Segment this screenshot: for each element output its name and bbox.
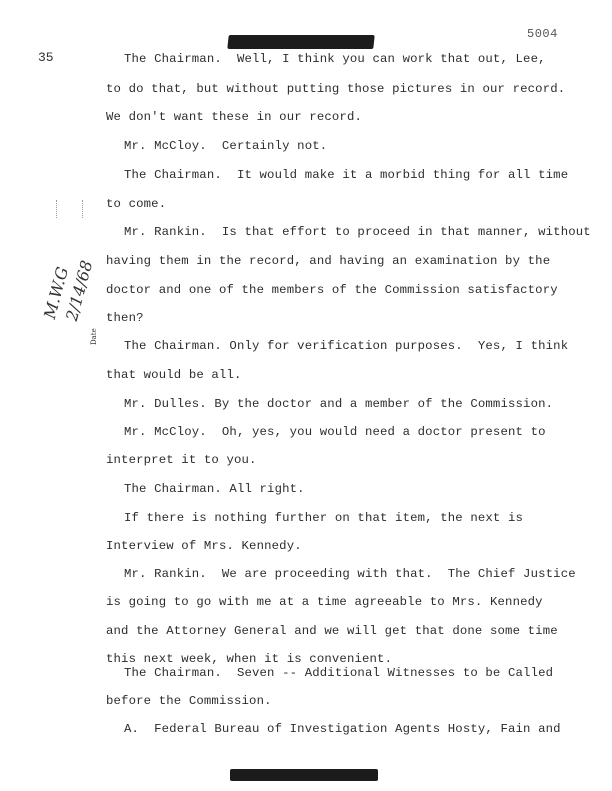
- text-line: having them in the record, and having an…: [106, 254, 550, 268]
- text-line: interpret it to you.: [106, 453, 257, 467]
- margin-dots: [82, 200, 83, 218]
- margin-line-number: 35: [38, 50, 54, 65]
- text-line: Mr. Rankin. Is that effort to proceed in…: [124, 225, 591, 239]
- text-line: this next week, when it is convenient.: [106, 652, 392, 666]
- text-line: We don't want these in our record.: [106, 110, 362, 124]
- text-line: is going to go with me at a time agreeab…: [106, 595, 543, 609]
- text-line: If there is nothing further on that item…: [124, 511, 523, 525]
- text-line: The Chairman. It would make it a morbid …: [124, 168, 568, 182]
- text-line: The Chairman. Only for verification purp…: [124, 339, 568, 353]
- text-line: then?: [106, 311, 144, 325]
- text-line: Mr. Dulles. By the doctor and a member o…: [124, 397, 553, 411]
- text-line: A. Federal Bureau of Investigation Agent…: [124, 722, 561, 736]
- text-line: doctor and one of the members of the Com…: [106, 283, 558, 297]
- top-redaction-bar: [227, 35, 374, 49]
- margin-dots: [56, 200, 57, 218]
- text-line: to do that, but without putting those pi…: [106, 82, 565, 96]
- document-page: 5004 35 M.W.G 2/14/68 Date The Chairman.…: [0, 0, 612, 791]
- text-line: The Chairman. Well, I think you can work…: [124, 52, 546, 66]
- text-line: Mr. Rankin. We are proceeding with that.…: [124, 567, 576, 581]
- text-line: Interview of Mrs. Kennedy.: [106, 539, 302, 553]
- bottom-redaction-bar: [230, 769, 378, 781]
- text-line: The Chairman. All right.: [124, 482, 305, 496]
- page-number: 5004: [527, 27, 558, 41]
- text-line: Mr. McCloy. Certainly not.: [124, 139, 327, 153]
- text-line: and the Attorney General and we will get…: [106, 624, 558, 638]
- text-line: before the Commission.: [106, 694, 272, 708]
- text-line: Mr. McCloy. Oh, yes, you would need a do…: [124, 425, 546, 439]
- text-line: to come.: [106, 197, 166, 211]
- text-line: that would be all.: [106, 368, 242, 382]
- date-stamp-label: Date: [90, 328, 98, 345]
- text-line: The Chairman. Seven -- Additional Witnes…: [124, 666, 553, 680]
